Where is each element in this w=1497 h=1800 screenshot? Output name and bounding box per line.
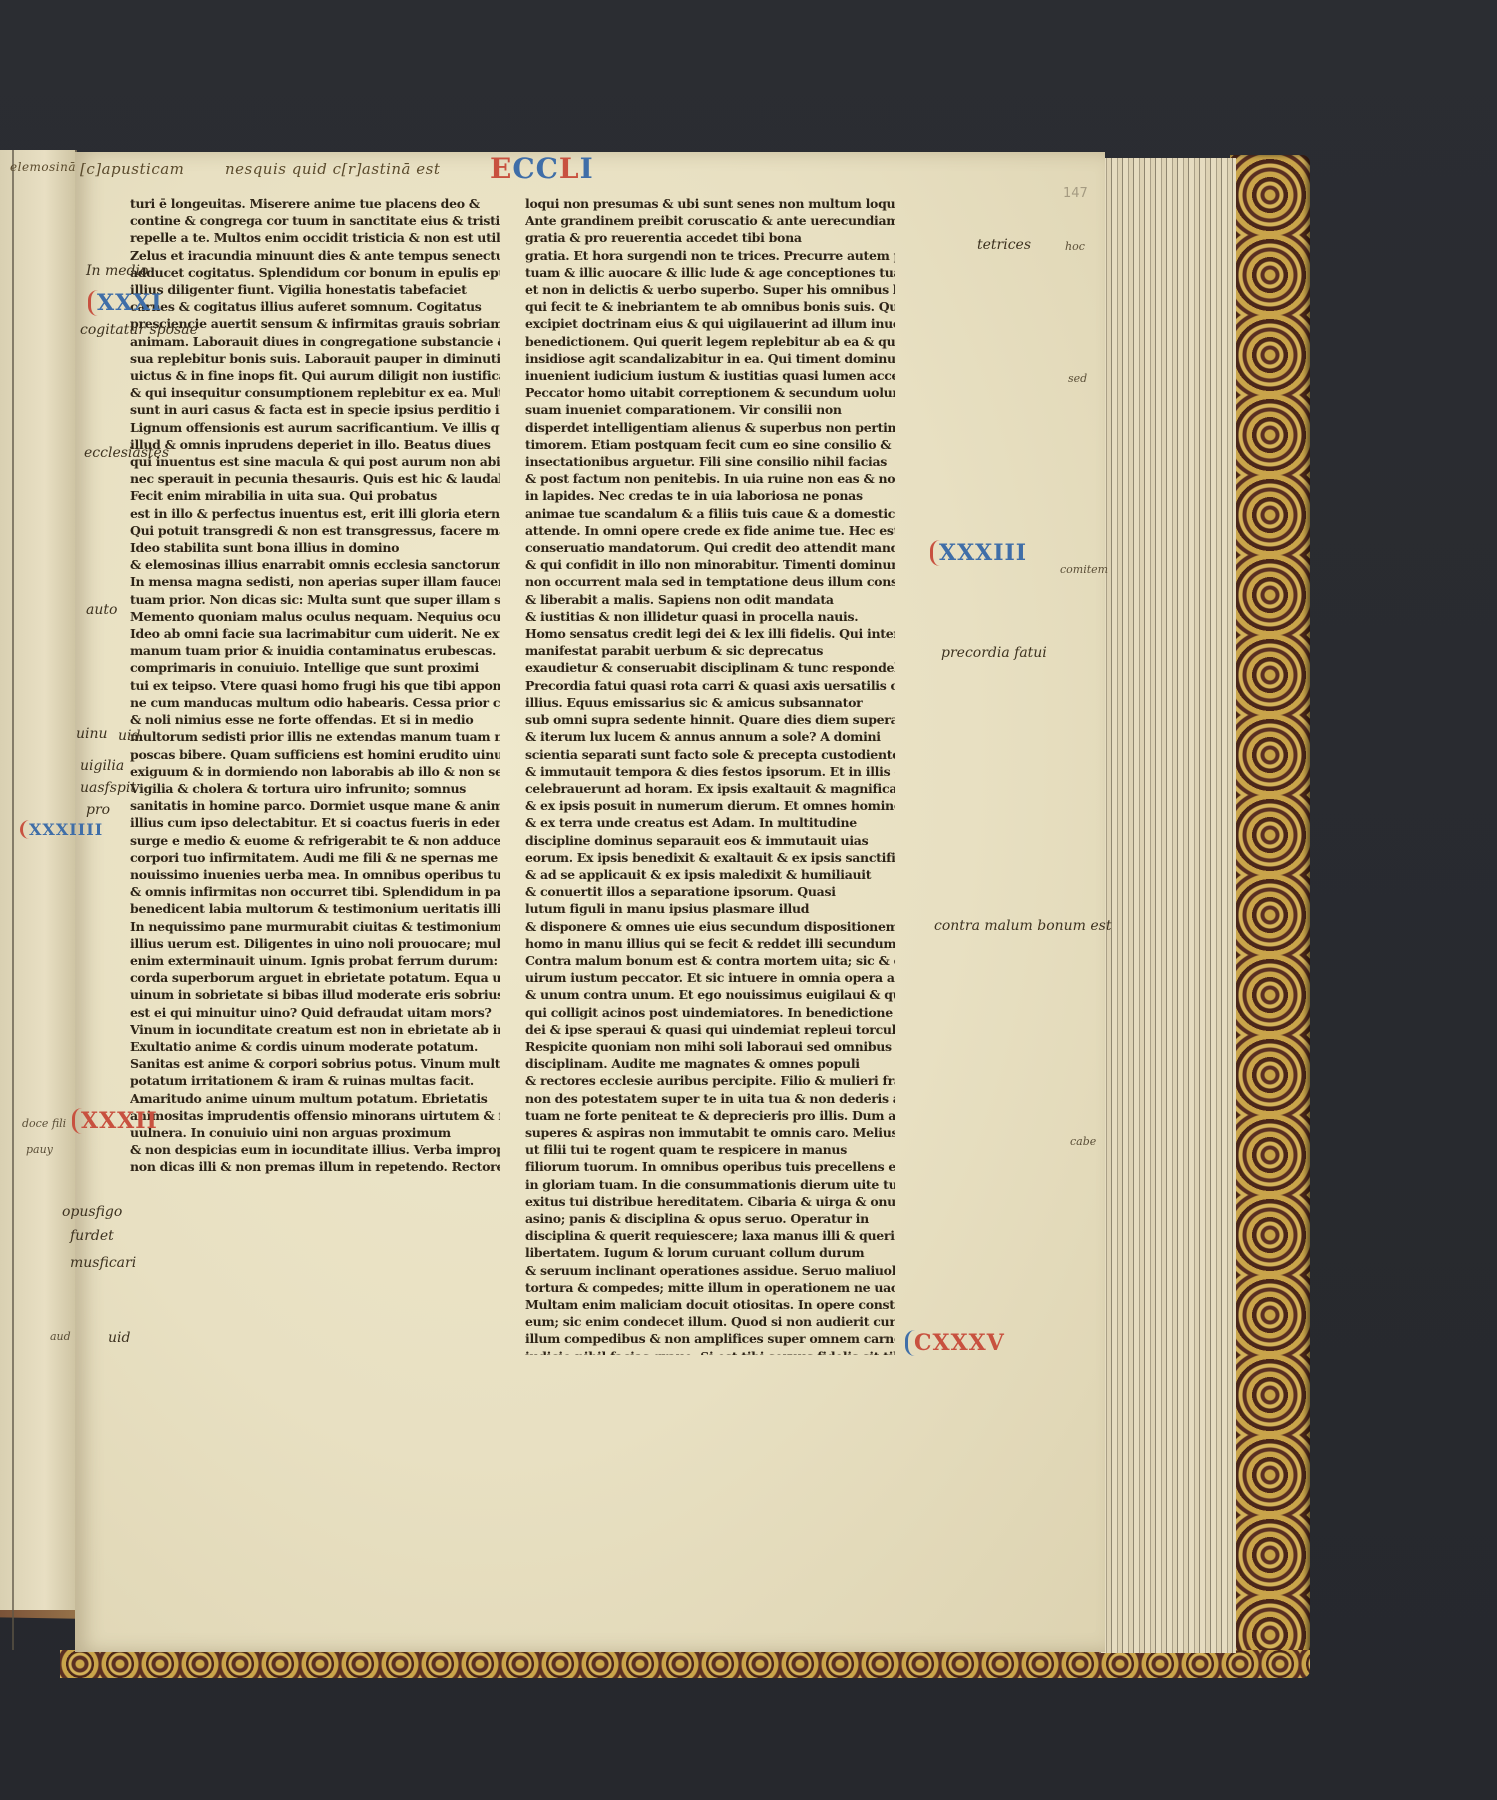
text-line: eum; sic enim condecet illum. Quod si no… xyxy=(525,1313,895,1330)
text-line: sub omni supra sedente hinnit. Quare die… xyxy=(525,711,895,728)
text-line: celebrauerunt ad horam. Ex ipsis exaltau… xyxy=(525,780,895,797)
text-line: Amaritudo anime uinum multum potatum. Eb… xyxy=(130,1090,500,1107)
text-line: gratia. Et hora surgendi non te trices. … xyxy=(525,247,895,264)
text-line: corpori tuo infirmitatem. Audi me fili &… xyxy=(130,849,500,866)
marginal-note: musficari xyxy=(70,1255,136,1271)
text-line: eorum. Ex ipsis benedixit & exaltauit & … xyxy=(525,849,895,866)
text-line: uinum in sobrietate si bibas illud moder… xyxy=(130,986,500,1003)
text-line: homo in manu illius qui se fecit & redde… xyxy=(525,935,895,952)
text-line: nec sperauit in pecunia thesauris. Quis … xyxy=(130,470,500,487)
marginal-note: contra malum bonum est xyxy=(934,918,1112,934)
text-line: & iustitias & non illidetur quasi in pro… xyxy=(525,608,895,625)
marginal-note: comitem xyxy=(1060,563,1108,576)
text-line: enim exterminauit uinum. Ignis probat fe… xyxy=(130,952,500,969)
text-line: dei & ipse speraui & quasi qui uindemiat… xyxy=(525,1021,895,1038)
text-line: attende. In omni opere crede ex fide ani… xyxy=(525,522,895,539)
text-line: lutum figuli in manu ipsius plasmare ill… xyxy=(525,900,895,917)
text-line: & noli nimius esse ne forte offendas. Et… xyxy=(130,711,500,728)
marginal-note: sed xyxy=(1068,372,1087,385)
chapter-numeral-xxxi: XXXI xyxy=(88,290,169,316)
title-letter: I xyxy=(580,152,594,185)
text-line: & non despicias eum in iocunditate illiu… xyxy=(130,1141,500,1158)
verso-running-head: elemosinā xyxy=(10,160,76,174)
marginal-note: ecclesiastes xyxy=(84,445,169,461)
chapter-numeral-xxxv: CXXXV xyxy=(905,1330,1011,1356)
marginal-note: uigilia xyxy=(80,758,124,774)
text-line: adducet cogitatus. Splendidum cor bonum … xyxy=(130,264,500,281)
text-line: tuam & illic auocare & illic lude & age … xyxy=(525,264,895,281)
text-line: in gloriam tuam. In die consummationis d… xyxy=(525,1176,895,1193)
text-line: insectationibus arguetur. Fili sine cons… xyxy=(525,453,895,470)
text-line: illum compedibus & non amplifices super … xyxy=(525,1330,895,1347)
text-line: in lapides. Nec credas te in uia laborio… xyxy=(525,487,895,504)
text-line: tortura & compedes; mitte illum in opera… xyxy=(525,1279,895,1296)
text-line: discipline dominus separauit eos & immut… xyxy=(525,832,895,849)
gutter-line xyxy=(12,150,14,1650)
text-line: exitus tui distribue hereditatem. Cibari… xyxy=(525,1193,895,1210)
marginal-note: pro xyxy=(86,802,110,818)
text-line: qui inuentus est sine macula & qui post … xyxy=(130,453,500,470)
text-line: filiorum tuorum. In omnibus operibus tui… xyxy=(525,1158,895,1175)
chapter-numeral-xxxii: XXXII xyxy=(72,1108,164,1134)
text-line: & elemosinas illius enarrabit omnis eccl… xyxy=(130,556,500,573)
text-line: est ei qui minuitur uino? Quid defraudat… xyxy=(130,1004,500,1021)
text-line: sunt in auri casus & facta est in specie… xyxy=(130,401,500,418)
text-line: Lignum offensionis est aurum sacrificant… xyxy=(130,419,500,436)
text-line: & ex terra unde creatus est Adam. In mul… xyxy=(525,814,895,831)
text-line: comprimaris in conuiuio. Intellige que s… xyxy=(130,659,500,676)
text-line: In nequissimo pane murmurabit ciuitas & … xyxy=(130,918,500,935)
text-line: ne cum manducas multum odio habearis. Ce… xyxy=(130,694,500,711)
text-line: & qui insequitur consumptionem replebitu… xyxy=(130,384,500,401)
text-line: Homo sensatus credit legi dei & lex illi… xyxy=(525,625,895,642)
chapter-numeral-xxxiii: XXXIII xyxy=(930,540,1033,566)
text-line: & seruum inclinant operationes assidue. … xyxy=(525,1262,895,1279)
text-line: Exultatio anime & cordis uinum moderate … xyxy=(130,1038,500,1055)
text-line: iudicio nihil facias graue. Si est tibi … xyxy=(525,1348,895,1355)
text-line: contine & congrega cor tuum in sanctitat… xyxy=(130,212,500,229)
text-line: & post factum non penitebis. In uia ruin… xyxy=(525,470,895,487)
marginal-note: In medio xyxy=(86,263,148,279)
text-line: & disponere & omnes uie eius secundum di… xyxy=(525,918,895,935)
text-line: surge e medio & euome & refrigerabit te … xyxy=(130,832,500,849)
marginal-note: opusfigo xyxy=(62,1204,122,1220)
text-line: exiguum & in dormiendo non laborabis ab … xyxy=(130,763,500,780)
text-line: ut filii tui te rogent quam te respicere… xyxy=(525,1141,895,1158)
marginal-note: uinu xyxy=(76,726,108,742)
text-line: & ad se applicauit & ex ipsis maledixit … xyxy=(525,866,895,883)
text-line: Vinum in iocunditate creatum est non in … xyxy=(130,1021,500,1038)
text-line: & qui confidit in illo non minorabitur. … xyxy=(525,556,895,573)
text-line: qui fecit te & inebriantem te ab omnibus… xyxy=(525,298,895,315)
text-line: scientia separati sunt facto sole & prec… xyxy=(525,746,895,763)
text-line: Vigilia & cholera & tortura uiro infruni… xyxy=(130,780,500,797)
text-line: qui colligit acinos post uindemiatores. … xyxy=(525,1004,895,1021)
marginal-note: cogitatur sposae xyxy=(80,322,198,338)
marginal-note: uid xyxy=(118,728,140,744)
text-line: poscas bibere. Quam sufficiens est homin… xyxy=(130,746,500,763)
text-line: uirum iustum peccator. Et sic intuere in… xyxy=(525,969,895,986)
text-line: uictus & in fine inops fit. Qui aurum di… xyxy=(130,367,500,384)
marginal-note: uid xyxy=(108,1330,130,1346)
text-line: multorum sedisti prior illis ne extendas… xyxy=(130,728,500,745)
text-line: & immutauit tempora & dies festos ipsoru… xyxy=(525,763,895,780)
text-line: manum tuam prior & inuidia contaminatus … xyxy=(130,642,500,659)
text-line: manifestat parabit uerbum & sic deprecat… xyxy=(525,642,895,659)
text-line: illius cum ipso delectabitur. Et si coac… xyxy=(130,814,500,831)
gilt-cover-edge-right xyxy=(1230,155,1310,1675)
text-line: Contra malum bonum est & contra mortem u… xyxy=(525,952,895,969)
title-letter: CC xyxy=(512,152,559,185)
text-column-a: turi ē longeuitas. Miserere anime tue pl… xyxy=(130,195,500,1355)
marginal-note: uasfspit xyxy=(80,780,136,796)
gilt-cover-edge-bottom xyxy=(60,1650,1310,1678)
text-line: benedictionem. Qui querit legem replebit… xyxy=(525,333,895,350)
text-line: exaudietur & conseruabit disciplinam & t… xyxy=(525,659,895,676)
text-line: Precordia fatui quasi rota carri & quasi… xyxy=(525,677,895,694)
marginal-note: doce fili xyxy=(22,1117,66,1130)
text-line: & liberabit a malis. Sapiens non odit ma… xyxy=(525,591,895,608)
text-line: sanitatis in homine parco. Dormiet usque… xyxy=(130,797,500,814)
text-line: libertatem. Iugum & lorum curuant collum… xyxy=(525,1244,895,1261)
text-line: Sanitas est anime & corpori sobrius potu… xyxy=(130,1055,500,1072)
text-line: benedicent labia multorum & testimonium … xyxy=(130,900,500,917)
text-line: corda superborum arguet in ebrietate pot… xyxy=(130,969,500,986)
text-line: illius diligenter fiunt. Vigilia honesta… xyxy=(130,281,500,298)
text-line: sua replebitur bonis suis. Laborauit pau… xyxy=(130,350,500,367)
text-line: turi ē longeuitas. Miserere anime tue pl… xyxy=(130,195,500,212)
book-title-eccli: ECCLI xyxy=(490,152,594,185)
marginal-note: auto xyxy=(86,602,117,618)
chapter-numeral-verso: XXXIIII xyxy=(20,820,109,839)
text-line: Fecit enim mirabilia in uita sua. Qui pr… xyxy=(130,487,500,504)
page-edges-stack xyxy=(1100,158,1236,1653)
marginal-note: precordia fatui xyxy=(941,645,1047,661)
folio-number: 147 xyxy=(1063,186,1088,201)
text-line: & conuertit illos a separatione ipsorum.… xyxy=(525,883,895,900)
text-line: superes & aspiras non immutabit te omnis… xyxy=(525,1124,895,1141)
title-letter: L xyxy=(559,152,580,185)
text-line: uulnera. In conuiuio uini non arguas pro… xyxy=(130,1124,500,1141)
text-line: In mensa magna sedisti, non aperias supe… xyxy=(130,573,500,590)
text-line: animositas imprudentis offensio minorans… xyxy=(130,1107,500,1124)
text-line: excipiet doctrinam eius & qui uigilaueri… xyxy=(525,315,895,332)
text-line: illius uerum est. Diligentes in uino nol… xyxy=(130,935,500,952)
text-line: potatum irritationem & iram & ruinas mul… xyxy=(130,1072,500,1089)
text-line: illius. Equus emissarius sic & amicus su… xyxy=(525,694,895,711)
recto-running-head-left: [c]apusticam xyxy=(80,160,184,178)
text-line: timorem. Etiam postquam fecit cum eo sin… xyxy=(525,436,895,453)
text-line: nouissimo inuenies uerba mea. In omnibus… xyxy=(130,866,500,883)
text-line: repelle a te. Multos enim occidit tristi… xyxy=(130,229,500,246)
text-line: asino; panis & disciplina & opus seruo. … xyxy=(525,1210,895,1227)
text-line: suam inueniet comparationem. Vir consili… xyxy=(525,401,895,418)
marginal-note: furdet xyxy=(70,1228,114,1244)
text-line: non occurrent mala sed in temptatione de… xyxy=(525,573,895,590)
text-line: non des potestatem super te in uita tua … xyxy=(525,1090,895,1107)
text-line: Peccator homo uitabit correptionem & sec… xyxy=(525,384,895,401)
text-line: Multam enim maliciam docuit otiositas. I… xyxy=(525,1296,895,1313)
text-line: Memento quoniam malus oculus nequam. Neq… xyxy=(130,608,500,625)
text-line: tui ex teipso. Vtere quasi homo frugi hi… xyxy=(130,677,500,694)
text-line: est in illo & perfectus inuentus est, er… xyxy=(130,505,500,522)
text-line: Ideo stabilita sunt bona illius in domin… xyxy=(130,539,500,556)
text-line: carnes & cogitatus illius auferet somnum… xyxy=(130,298,500,315)
text-line: Respicite quoniam non mihi soli laboraui… xyxy=(525,1038,895,1055)
text-line: & iterum lux lucem & annus annum a sole?… xyxy=(525,728,895,745)
text-line: animae tue scandalum & a filiis tuis cau… xyxy=(525,505,895,522)
marginal-note: aud xyxy=(50,1330,71,1343)
text-line: disperdet intelligentiam alienus & super… xyxy=(525,419,895,436)
title-letter: E xyxy=(490,152,512,185)
text-line: tuam ne forte peniteat te & deprecieris … xyxy=(525,1107,895,1124)
text-line: Zelus et iracundia minuunt dies & ante t… xyxy=(130,247,500,264)
running-head: elemosinā [c]apusticam nesquis quid c[r]… xyxy=(80,160,440,178)
text-line: tuam prior. Non dicas sic: Multa sunt qu… xyxy=(130,591,500,608)
text-line: gratia & pro reuerentia accedet tibi bon… xyxy=(525,229,895,246)
text-line: inuenient iudicium iustum & iustitias qu… xyxy=(525,367,895,384)
text-line: illud & omnis inprudens deperiet in illo… xyxy=(130,436,500,453)
text-line: loqui non presumas & ubi sunt senes non … xyxy=(525,195,895,212)
text-line: & ex ipsis posuit in numerum dierum. Et … xyxy=(525,797,895,814)
text-line: Qui potuit transgredi & non est transgre… xyxy=(130,522,500,539)
text-line: disciplina & querit requiescere; laxa ma… xyxy=(525,1227,895,1244)
text-line: & omnis infirmitas non occurret tibi. Sp… xyxy=(130,883,500,900)
text-line: non dicas illi & non premas illum in rep… xyxy=(130,1158,500,1175)
text-line: & unum contra unum. Et ego nouissimus eu… xyxy=(525,986,895,1003)
running-head-center: nesquis quid c[r]astinā est xyxy=(225,160,440,178)
marginal-note: tetrices xyxy=(977,237,1031,253)
text-line: insidiose agit scandalizabitur in ea. Qu… xyxy=(525,350,895,367)
text-line: Ideo ab omni facie sua lacrimabitur cum … xyxy=(130,625,500,642)
text-line: Ante grandinem preibit coruscatio & ante… xyxy=(525,212,895,229)
text-line: disciplinam. Audite me magnates & omnes … xyxy=(525,1055,895,1072)
text-line: & rectores ecclesie auribus percipite. F… xyxy=(525,1072,895,1089)
marginal-note: cabe xyxy=(1070,1135,1096,1148)
marginal-note: pauy xyxy=(26,1143,53,1156)
text-column-b: loqui non presumas & ubi sunt senes non … xyxy=(525,195,895,1355)
text-line: conseruatio mandatorum. Qui credit deo a… xyxy=(525,539,895,556)
marginal-note: hoc xyxy=(1065,240,1085,253)
text-line: et non in delictis & uerbo superbo. Supe… xyxy=(525,281,895,298)
